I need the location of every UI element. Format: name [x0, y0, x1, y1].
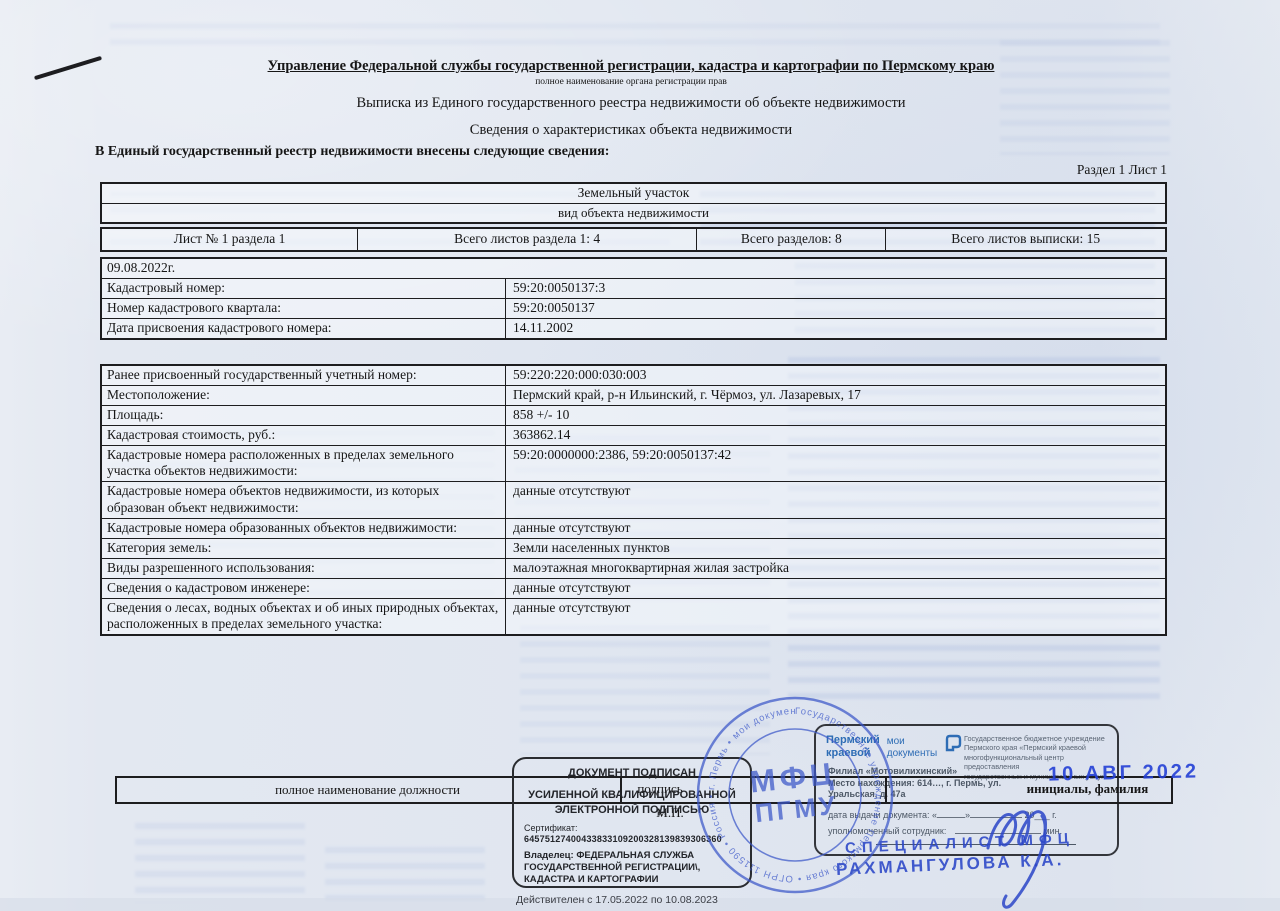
sections-total-cell: Всего разделов: 8: [696, 229, 885, 250]
row-value: Пермский край, р-н Ильинский, г. Чёрмоз,…: [506, 386, 1165, 405]
row-value: малоэтажная многоквартирная жилая застро…: [506, 559, 1165, 578]
round-stamp: Государственное учреждение Пермского кра…: [688, 688, 903, 903]
intro-line: В Единый государственный реестр недвижим…: [95, 144, 609, 160]
ghost-bleed-text: [110, 18, 1160, 48]
row-label: Местоположение:: [102, 386, 506, 405]
row-label: Кадастровые номера объектов недвижимости…: [102, 482, 506, 518]
authority-caption: полное наименование органа регистрации п…: [95, 77, 1167, 87]
details-table: Ранее присвоенный государственный учетны…: [100, 364, 1167, 636]
row-label: Кадастровые номера расположенных в преде…: [102, 446, 506, 482]
record-date: 09.08.2022г.: [102, 259, 1165, 278]
row-value: данные отсутствуют: [506, 519, 1165, 538]
section-sheets-cell: Всего листов раздела 1: 4: [357, 229, 696, 250]
row-label: Виды разрешенного использования:: [102, 559, 506, 578]
authority-title: Управление Федеральной службы государств…: [95, 58, 1167, 75]
row-value: 59:20:0000000:2386, 59:20:0050137:42: [506, 446, 1165, 482]
date-stamp: 10 АВГ 2022: [1048, 760, 1200, 786]
section-sheet-label: Раздел 1 Лист 1: [967, 162, 1167, 178]
mfc-logo-icon: [944, 734, 962, 752]
row-value: данные отсутствуют: [506, 599, 1165, 635]
row-label: Категория земель:: [102, 539, 506, 558]
row-value: 858 +/- 10: [506, 406, 1165, 425]
row-label: Кадастровый номер:: [102, 279, 506, 298]
object-type-value: Земельный участок: [102, 184, 1165, 203]
row-value: 59:20:0050137: [506, 299, 1165, 318]
mfc-org-line: Государственное бюджетное учреждение: [964, 734, 1114, 743]
sheets-table: Лист № 1 раздела 1 Всего листов раздела …: [100, 227, 1167, 252]
scanned-document-page: Управление Федеральной службы государств…: [0, 0, 1280, 911]
row-value: данные отсутствуют: [506, 482, 1165, 518]
pen-mark: [34, 56, 102, 80]
document-subtitle: Сведения о характеристиках объекта недви…: [95, 122, 1167, 139]
object-type-caption: вид объекта недвижимости: [102, 204, 1165, 222]
extract-sheets-cell: Всего листов выписки: 15: [885, 229, 1165, 250]
row-value: данные отсутствуют: [506, 579, 1165, 598]
row-value: 363862.14: [506, 426, 1165, 445]
ghost-bleed-text: [135, 818, 305, 903]
row-value: 14.11.2002: [506, 319, 1165, 338]
ghost-bleed-text: [325, 842, 485, 904]
row-value: 59:220:220:000:030:003: [506, 366, 1165, 385]
row-label: Дата присвоения кадастрового номера:: [102, 319, 506, 338]
row-label: Площадь:: [102, 406, 506, 425]
row-label: Сведения о кадастровом инженере:: [102, 579, 506, 598]
mfc-org-line: Пермского края «Пермский краевой: [964, 743, 1114, 752]
row-value: Земли населенных пунктов: [506, 539, 1165, 558]
object-type-table: Земельный участок вид объекта недвижимос…: [100, 182, 1167, 224]
document-title: Выписка из Единого государственного реес…: [95, 95, 1167, 112]
row-label: Кадастровые номера образованных объектов…: [102, 519, 506, 538]
row-value: 59:20:0050137:3: [506, 279, 1165, 298]
sheet-number-cell: Лист № 1 раздела 1: [102, 229, 357, 250]
cadastral-id-table: 09.08.2022г. Кадастровый номер: 59:20:00…: [100, 257, 1167, 340]
blank-field: [937, 808, 965, 818]
handwritten-signature: [972, 786, 1092, 911]
row-label: Ранее присвоенный государственный учетны…: [102, 366, 506, 385]
row-label: Кадастровая стоимость, руб.:: [102, 426, 506, 445]
row-label: Сведения о лесах, водных объектах и об и…: [102, 599, 506, 635]
row-label: Номер кадастрового квартала:: [102, 299, 506, 318]
